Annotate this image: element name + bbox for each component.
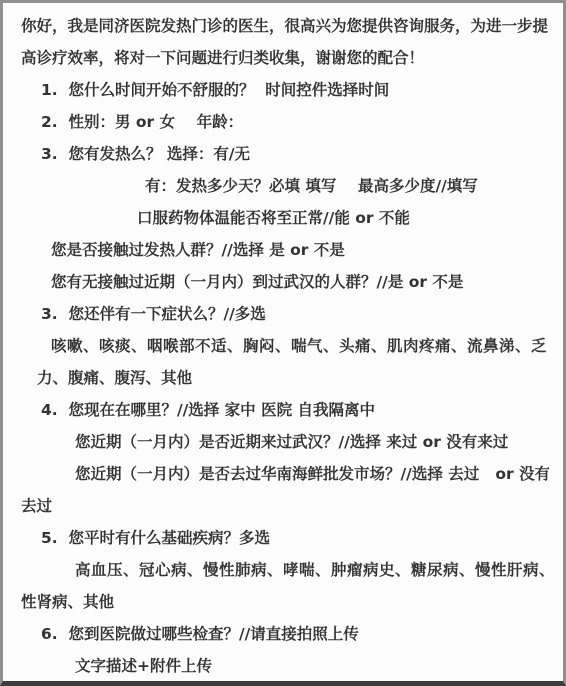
diseases-list-line-2: 性肾病、其他 (21, 586, 549, 618)
question-1-onset-time: 1. 您什么时间开始不舒服的？ 时间控件选择时间 (21, 74, 549, 106)
symptoms-list-line-2: 力、腹痛、腹泻、其他 (21, 362, 549, 394)
question-4-location: 4. 您现在在哪里？//选择 家中 医院 自我隔离中 (21, 394, 549, 426)
recent-wuhan-visit-question: 您近期（一月内）是否近期来过武汉？//选择 来过 or 没有来过 (21, 426, 549, 458)
seafood-market-continuation: 去过 (21, 490, 549, 522)
medication-temp-followup: 口服药物体温能否将至正常//能 or 不能 (21, 202, 549, 234)
intro-line-2: 高诊疗效率，将对一下问题进行归类收集，谢谢您的配合！ (21, 42, 549, 74)
question-3-symptoms: 3. 您还伴有一下症状么？//多选 (21, 298, 549, 330)
question-5-chronic-disease: 5. 您平时有什么基础疾病？多选 (21, 522, 549, 554)
diseases-list-line-1: 高血压、冠心病、慢性肺病、哮喘、肿瘤病史、糖尿病、慢性肝病、慢 (21, 554, 549, 586)
contact-wuhan-crowd-question: 您有无接触过近期（一月内）到过武汉的人群？//是 or 不是 (21, 266, 549, 298)
symptoms-list-line-1: 咳嗽、咳痰、咽喉部不适、胸闷、喘气、头痛、肌肉疼痛、流鼻涕、乏 (21, 330, 549, 362)
questionnaire-document: 你好，我是同济医院发热门诊的医生，很高兴为您提供咨询服务，为进一步提 高诊疗效率… (3, 3, 563, 682)
question-3-fever: 3. 您有发热么？ 选择：有/无 (21, 138, 549, 170)
document-page: 你好，我是同济医院发热门诊的医生，很高兴为您提供咨询服务，为进一步提 高诊疗效率… (0, 0, 566, 686)
intro-line-1: 你好，我是同济医院发热门诊的医生，很高兴为您提供咨询服务，为进一步提 (21, 10, 549, 42)
question-6-hospital-exams: 6. 您到医院做过哪些检查？//请直接拍照上传 (21, 618, 549, 650)
upload-description-line: 文字描述+附件上传 (21, 650, 549, 682)
contact-fever-crowd-question: 您是否接触过发热人群？//选择 是 or 不是 (21, 234, 549, 266)
question-2-gender-age: 2. 性别：男 or 女 年龄： (21, 106, 549, 138)
seafood-market-question: 您近期（一月内）是否去过华南海鲜批发市场？//选择 去过 or 没有 (21, 458, 549, 490)
fever-days-followup: 有：发热多少天？必填 填写 最高多少度//填写 (21, 170, 549, 202)
